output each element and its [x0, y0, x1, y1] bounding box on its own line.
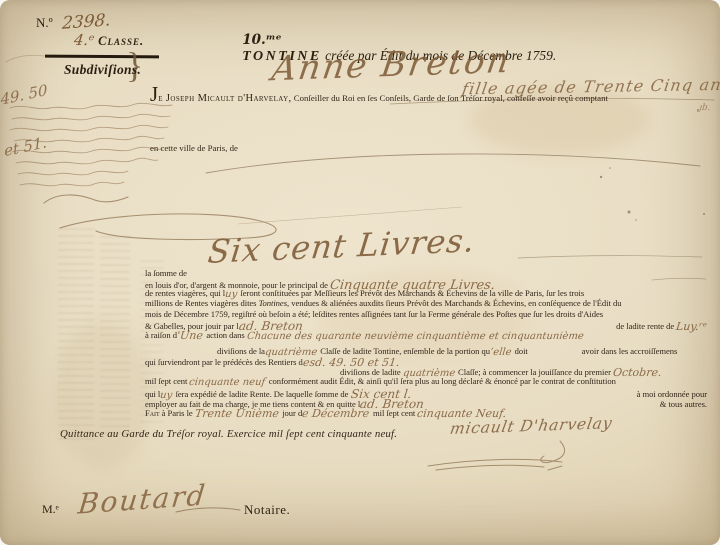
printed-text: ſera expédié de ladite Rente. De laquell… [176, 389, 351, 399]
printed-text: , vendues & aliénées auxdits ſieurs Prév… [287, 298, 621, 308]
printed-text: à raiſon d [145, 330, 177, 340]
handwritten-fill: esd. 49. 50 et 51. [302, 357, 400, 368]
ink-bleedthrough-column [100, 236, 130, 436]
notary-prefix: M.ᵉ [42, 502, 59, 517]
handwritten-fill: uy [160, 391, 177, 401]
printed-text: & tous autres. [660, 399, 707, 409]
body-text-block: la ſomme deen louis d'or, d'argent & mon… [145, 268, 707, 417]
handwritten-fill: Octobre. [612, 367, 662, 378]
printed-text: jour d [282, 408, 302, 418]
handwritten-fill: 'Une [176, 330, 207, 341]
handwritten-fill: Luy.ʳᵉ [676, 321, 708, 332]
printed-text: Fait [145, 408, 160, 418]
handwritten-fill: cinquante Neuf. [417, 408, 508, 419]
payer-description-handwritten: fille agée de Trente Cinq ans. [461, 77, 720, 98]
printed-text: qui ſurviendront par le prédécès des Ren… [145, 357, 303, 367]
small-paraph: ȷb. [698, 104, 711, 113]
fill-line [518, 256, 702, 258]
printed-text: mil ſept cent [145, 376, 189, 386]
subdivision-line-1: 49. 50 [0, 81, 48, 108]
ink-bleedthrough-column [58, 228, 94, 443]
handwritten-fill: e Décembre [302, 408, 374, 419]
subdivision-numbers-handwritten: 49. 50 et 51. [0, 47, 54, 196]
handwritten-fill: Trente Unième [194, 408, 283, 419]
body-line: Fait à Paris le Trente Unième jour de Dé… [145, 407, 707, 417]
printed-text: doit [515, 346, 528, 356]
treasurer-signature-handwritten: micault D'harvelay [449, 416, 614, 437]
quittance-line: Quittance au Garde du Tréſor royal. Exer… [60, 428, 397, 440]
printed-text: avoir dans les accroiſſemens [582, 346, 678, 356]
handwritten-fill: ad. Breton [238, 320, 303, 332]
handwritten-fill: uy [225, 290, 242, 300]
printed-text: de ladite rente de [616, 321, 676, 331]
handwritten-fill: ’elle [489, 348, 515, 358]
subdivisions-label: Subdiviſions. [64, 62, 141, 78]
body-line: mois de Décembre 1759, regiſtré où beſoi… [145, 309, 707, 319]
body-line: en louis d'or, d'argent & monnoie, pour … [145, 278, 707, 288]
handwritten-fill: cinquante neuf [189, 378, 270, 388]
body-line: qui luy ſera expédié de ladite Rente. De… [145, 387, 707, 397]
treasurer-name: e Joseph Micault d'Harvelay, [158, 93, 291, 104]
body-line: employer au fait de ma charge, je me tie… [145, 397, 707, 407]
printed-text: diviſions de la [217, 346, 265, 356]
number-label: N.º [36, 15, 53, 31]
title-ordinal: 10.ᵐᵉ [242, 32, 281, 48]
classe-number-handwritten: 4.ᵉ [73, 33, 95, 48]
notary-name-handwritten: Boutard [77, 481, 208, 518]
printed-text: mois de Décembre 1759, regiſtré où beſoi… [145, 309, 603, 319]
printed-text: de rentes viagères, qui l [145, 288, 225, 298]
printed-text: Tontines [259, 298, 287, 308]
body-line: & Gabelles, pour jouir par lad. Bretonde… [145, 319, 707, 329]
notary-label: Notaire. [244, 502, 290, 518]
subdivision-line-2: et 51. [4, 133, 52, 160]
printed-text: la ſomme de [145, 268, 187, 278]
certificate-number-row: N.º 2398. [36, 14, 110, 31]
printed-text: à moi ordonnée pour [637, 389, 707, 399]
body-line: diviſions de laquatrième Claſſe de ladit… [217, 346, 707, 356]
handwritten-fill: Cinquante quatre Livres. [329, 279, 496, 292]
certificate-number-handwritten: 2398. [61, 12, 111, 33]
amount-script-handwritten: Six cent Livres. [206, 224, 477, 268]
printed-text: Claſſe de ladite Tontine, enſemble de la… [320, 346, 490, 356]
printed-text: qui l [145, 389, 160, 399]
printed-text: à Paris le [160, 408, 195, 418]
signature-paraph [428, 441, 565, 470]
opening-line-2: en cette ville de Paris, de [150, 143, 715, 153]
printed-text: millions de Rentes viagères dites [145, 298, 259, 308]
document-scan: N.º 2398. 4.ᵉ Classe. 49. 50 et 51. } Su… [0, 0, 720, 545]
body-line: la ſomme de [145, 268, 707, 278]
handwritten-fill: quatrième [402, 369, 459, 379]
handwritten-fill: Chacune des quarante neuvième cinquantiè… [246, 332, 584, 342]
aged-paper-background: N.º 2398. 4.ᵉ Classe. 49. 50 et 51. } Su… [0, 0, 720, 545]
dropcap-j: J [150, 86, 158, 103]
body-line: qui ſurviendront par le prédécès des Ren… [145, 356, 707, 366]
